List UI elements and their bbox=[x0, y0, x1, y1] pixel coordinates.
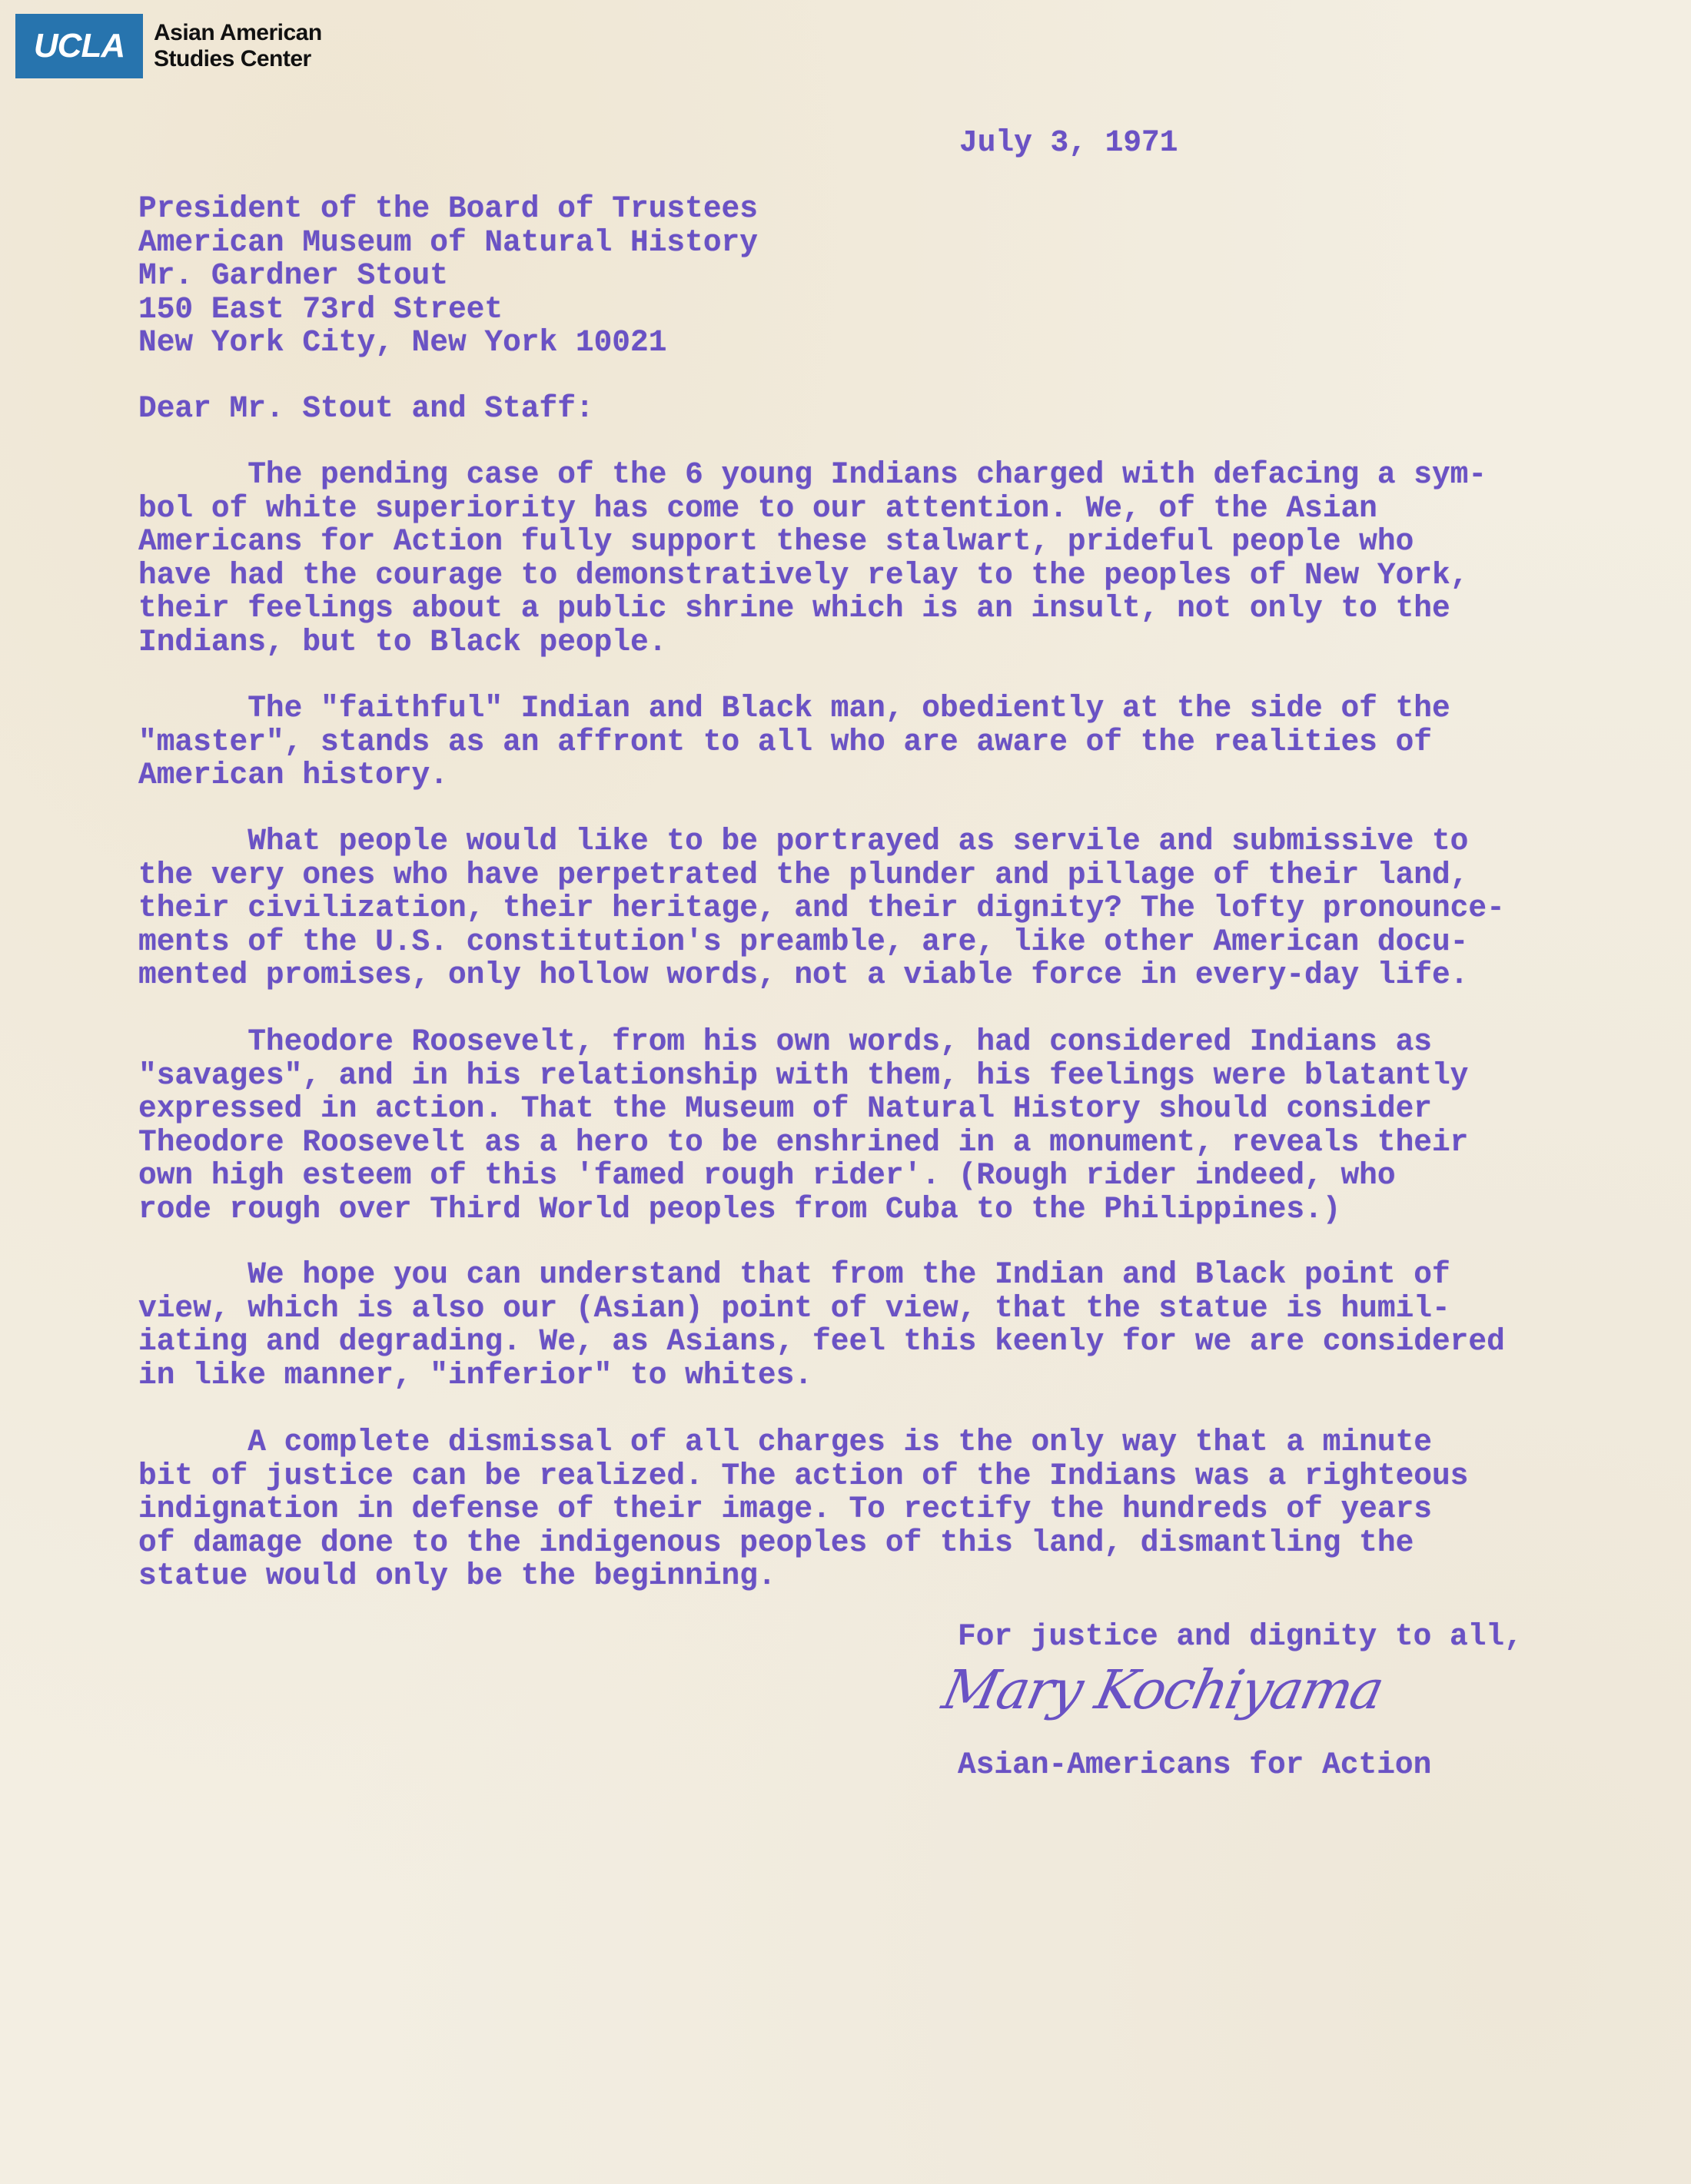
address-line: 150 East 73rd Street bbox=[138, 293, 758, 327]
address-line: American Museum of Natural History bbox=[138, 226, 758, 260]
paragraph-3: What people would like to be portrayed a… bbox=[138, 825, 1505, 992]
ucla-aasc-logo: UCLA Asian American Studies Center bbox=[15, 14, 322, 78]
ucla-logo-mark: UCLA bbox=[15, 14, 143, 78]
paragraph-1: The pending case of the 6 young Indians … bbox=[138, 458, 1487, 659]
handwritten-signature: Mary Kochiyama bbox=[937, 1658, 1388, 1721]
salutation: Dear Mr. Stout and Staff: bbox=[138, 392, 594, 426]
center-name-line2: Studies Center bbox=[154, 46, 322, 72]
paragraph-6: A complete dismissal of all charges is t… bbox=[138, 1426, 1468, 1593]
address-line: President of the Board of Trustees bbox=[138, 192, 758, 226]
center-name-line1: Asian American bbox=[154, 20, 322, 46]
closing: For justice and dignity to all, bbox=[958, 1620, 1523, 1654]
address-line: New York City, New York 10021 bbox=[138, 326, 758, 360]
address-line: Mr. Gardner Stout bbox=[138, 259, 758, 293]
organization-name: Asian-Americans for Action bbox=[958, 1748, 1431, 1782]
recipient-address: President of the Board of TrusteesAmeric… bbox=[138, 192, 758, 360]
center-name: Asian American Studies Center bbox=[154, 20, 322, 72]
paragraph-4: Theodore Roosevelt, from his own words, … bbox=[138, 1025, 1468, 1226]
paragraph-2: The "faithful" Indian and Black man, obe… bbox=[138, 692, 1450, 792]
letter-date: July 3, 1971 bbox=[959, 126, 1178, 160]
paragraph-5: We hope you can understand that from the… bbox=[138, 1258, 1505, 1392]
